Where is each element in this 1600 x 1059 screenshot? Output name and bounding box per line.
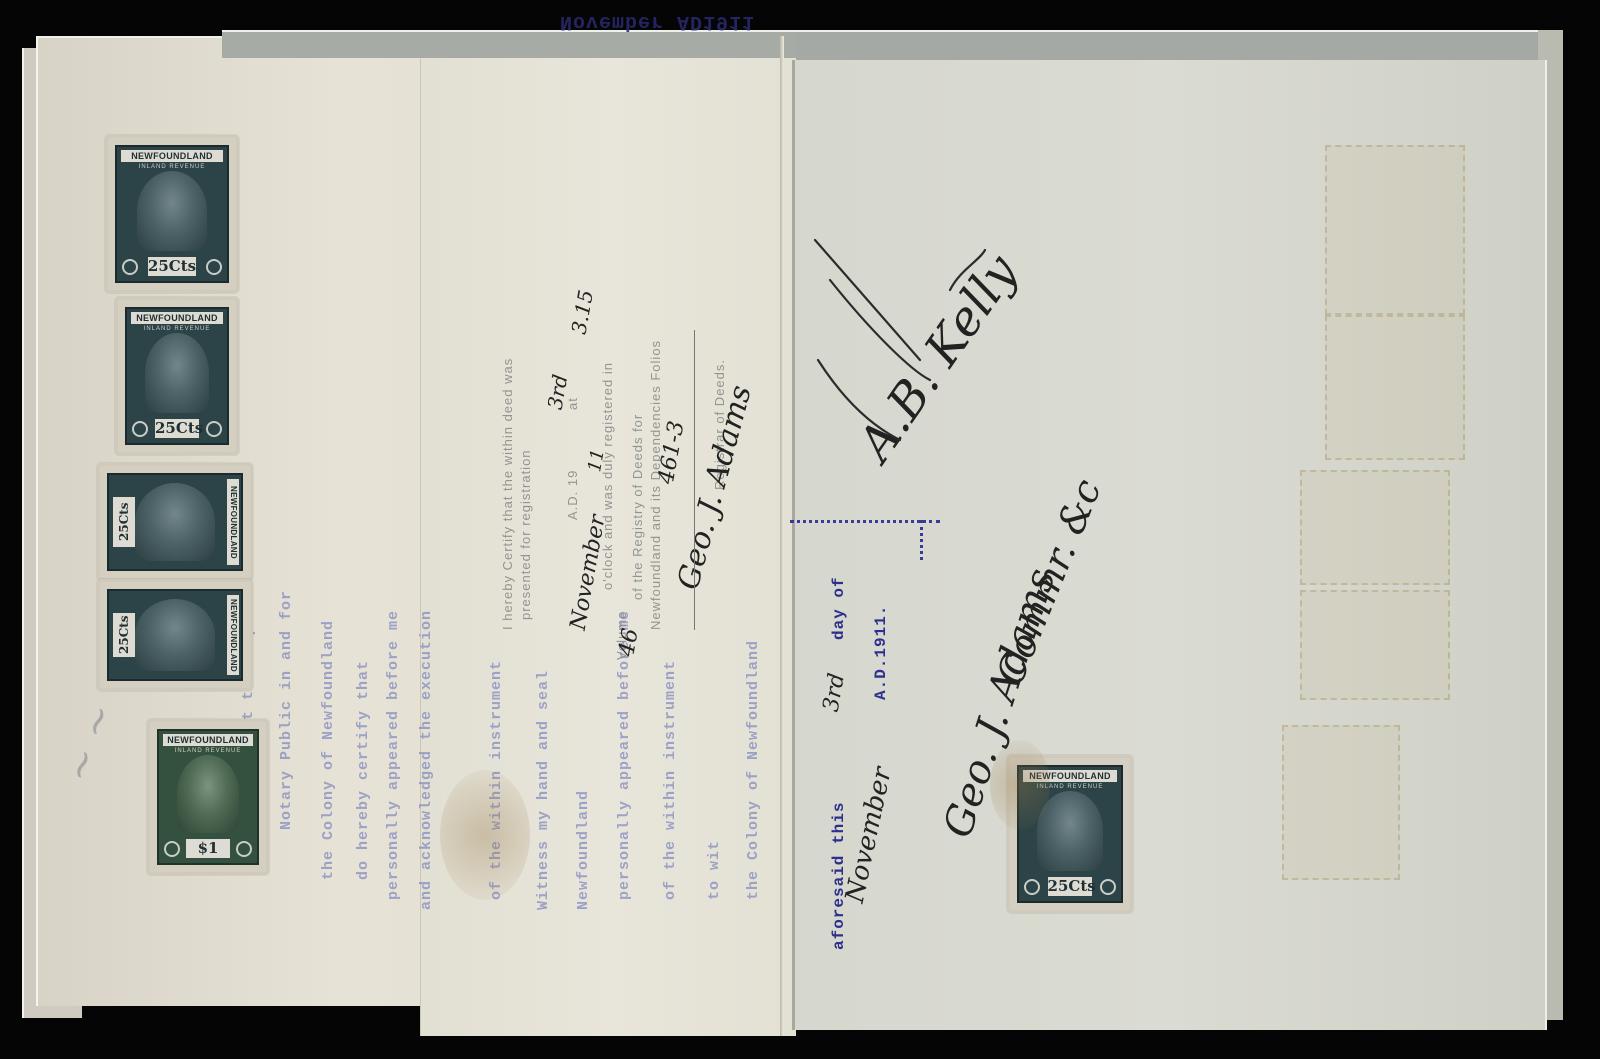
dashed-rule-vertical <box>920 520 923 560</box>
faded-text-column: Witness my hand and seal <box>535 170 552 910</box>
king-portrait <box>145 333 209 413</box>
revenue-stamp-25c: NEWFOUNDLAND INLAND REVENUE 25Cts <box>108 138 236 290</box>
king-portrait <box>135 483 215 561</box>
stamp-offset-impression <box>1325 145 1465 315</box>
faded-text-column: and acknowledged the execution <box>418 120 435 910</box>
folded-tab-top <box>222 30 796 58</box>
ack-typed-day-of: day of <box>830 570 848 640</box>
revenue-stamp-1-dollar: NEWFOUNDLAND INLAND REVENUE $1 <box>150 722 266 872</box>
revenue-stamp-25c-rotated: NEWFOUNDLAND 25Cts <box>100 466 250 578</box>
revenue-stamp-25c: NEWFOUNDLAND INLAND REVENUE 25Cts <box>118 300 236 452</box>
paper-stain <box>990 740 1050 830</box>
page-fold <box>780 36 784 1036</box>
cert-line-7: of the Registry of Deeds for <box>630 440 645 600</box>
faded-text-column: personally appeared before me <box>385 120 402 900</box>
faded-text-column: do hereby certify that <box>355 130 372 880</box>
faded-text-column: of the within instrument <box>662 140 679 900</box>
dashed-rule <box>790 520 940 523</box>
cert-line-2: presented for registration <box>518 360 533 620</box>
stamp-offset-impression <box>1300 470 1450 585</box>
king-portrait <box>177 755 240 833</box>
stamp-offset-impression <box>1300 590 1450 700</box>
king-portrait <box>137 171 207 251</box>
header-date-line: November AD1911 <box>560 10 755 33</box>
paper-stain <box>440 770 530 900</box>
king-portrait <box>135 599 215 671</box>
stamp-offset-impression <box>1325 315 1465 460</box>
cert-line-1: I hereby Certify that the within deed wa… <box>500 330 515 630</box>
cert-line-3: A.D. 19 <box>565 420 580 520</box>
handwritten-volume: 46 <box>614 627 643 659</box>
stamp-offset-impression <box>1282 725 1400 880</box>
faded-text-column: Notary Public in and for <box>278 130 295 830</box>
cert-line-8: Newfoundland and its Dependencies Folios <box>648 340 663 630</box>
revenue-stamp-25c-rotated: NEWFOUNDLAND 25Cts <box>100 582 250 688</box>
faded-text-column: the Colony of Newfoundland <box>745 120 762 900</box>
handwritten-year: 11 <box>584 447 609 473</box>
signature-rule <box>694 330 695 630</box>
ack-typed-year: A.D.1911. <box>872 600 890 700</box>
signature-flourish <box>810 230 990 450</box>
faded-text-column: the Colony of Newfoundland <box>320 120 337 880</box>
